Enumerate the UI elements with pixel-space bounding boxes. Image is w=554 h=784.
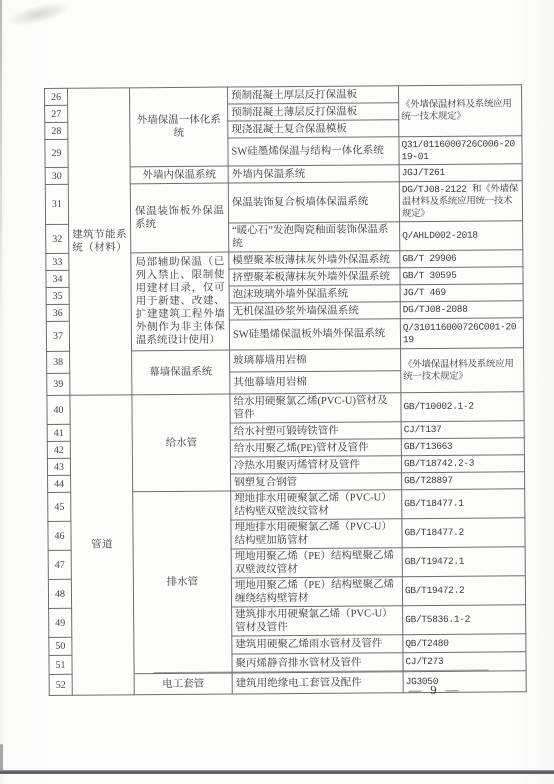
item-cell: 埋地排水用硬聚氯乙烯（PVC-U）结构壁双壁波纹管材	[231, 490, 402, 520]
standard-cell: GB/T18477.1	[402, 489, 525, 519]
row-number-cell: 48	[48, 579, 71, 608]
row-number-cell: 33	[46, 253, 69, 270]
standard-cell: CJ/T137	[401, 421, 524, 439]
subcategory-cell: 外墙保温一体化系统	[130, 87, 229, 167]
item-cell: “暖心石”发泡陶瓷釉面装饰保温系统	[229, 222, 400, 252]
item-cell: 建筑用绝缘电工套管及配件	[232, 672, 403, 694]
row-number-cell: 37	[46, 321, 69, 351]
subcategory-cell: 外墙内保温系统	[130, 166, 228, 184]
item-cell: 模塑聚苯板薄抹灰外墙外保温系统	[229, 251, 400, 269]
category-cell: 建筑节能系统（材料）	[68, 88, 132, 395]
scan-bottom-edge-line	[0, 770, 554, 774]
subcategory-cell: 排水管	[133, 491, 232, 674]
row-number-cell: 39	[47, 373, 70, 395]
item-cell: 建筑用硬聚乙烯雨水管材及管件	[232, 635, 403, 654]
subcategory-cell: 电工套管	[134, 673, 232, 695]
standard-cell: JGJ/T261	[399, 164, 522, 182]
item-cell: 埋地排水用硬聚氯乙烯（PVC-U）结构壁加筋管材	[231, 519, 402, 549]
scan-left-edge-shadow	[0, 0, 2, 330]
item-cell: SW硅墨烯保温板外墙外保温系统	[229, 319, 400, 350]
item-cell: 现浇混凝土复合保温模板	[228, 120, 399, 138]
standard-cell: GB/T 30595	[400, 267, 523, 285]
item-cell: 建筑排水用硬聚氯乙烯（PVC-U）管材及管件	[232, 606, 403, 636]
row-number-cell: 43	[47, 458, 70, 475]
standard-cell: GB/T18477.2	[402, 518, 525, 548]
row-number-cell: 45	[48, 492, 71, 521]
standard-cell: GB/T28897	[402, 472, 525, 490]
scanned-page: 26 建筑节能系统（材料） 外墙保温一体化系统 预制混凝土厚层反打保温板 《外墙…	[0, 0, 554, 784]
standard-cell: GB/T 29906	[400, 250, 523, 268]
scan-edge-mark	[0, 744, 3, 772]
row-number-cell: 46	[48, 521, 71, 550]
row-number-cell: 52	[49, 674, 72, 695]
item-cell: 冷热水用聚丙烯管材及管件	[230, 456, 401, 474]
row-number-cell: 41	[47, 424, 70, 441]
standard-cell: DG/TJ08-2122 和《外墙保温材料及系统应用统一技术规定》	[399, 181, 522, 222]
standard-cell: Q31/0116000726C006-2019-01	[399, 136, 522, 165]
row-number-cell: 36	[46, 304, 69, 321]
category-cell: 管道	[70, 395, 134, 695]
standard-cell: CJ/T273	[403, 652, 526, 672]
standard-cell: GB/T18742.2-3	[401, 455, 524, 473]
standard-cell: 《外墙保温材料及系统应用统一技术规定》	[401, 348, 524, 393]
table-row: 40 管道 给水管 给水用硬聚氯乙烯(PVC-U)管材及管件 GB/T10002…	[47, 392, 524, 425]
item-cell: 预制混凝土薄层反打保温板	[228, 103, 399, 121]
standard-cell: Q/AHLD002-2018	[400, 221, 523, 251]
row-number-cell: 26	[45, 88, 68, 105]
table-row: 26 建筑节能系统（材料） 外墙保温一体化系统 预制混凝土厚层反打保温板 《外墙…	[45, 85, 522, 106]
document-content: 26 建筑节能系统（材料） 外墙保温一体化系统 预制混凝土厚层反打保温板 《外墙…	[44, 84, 529, 696]
row-number-cell: 32	[46, 224, 69, 253]
item-cell: 外墙内保温系统	[228, 165, 399, 183]
standard-cell: JG/T 469	[400, 284, 523, 302]
subcategory-cell: 给水管	[132, 394, 231, 492]
standard-cell: GB/T13663	[401, 438, 524, 456]
row-number-cell: 47	[48, 550, 71, 579]
subcategory-cell: 幕墙保温系统	[132, 350, 230, 395]
row-number-cell: 31	[45, 184, 68, 224]
scan-smudge-artifact	[5, 0, 73, 31]
row-number-cell: 38	[47, 351, 70, 373]
subcategory-cell: 局部辅助保温（已列入禁止、限制使用建材目录，仅可用于新建、改建、扩建建筑工程外墙…	[131, 252, 230, 351]
row-number-cell: 34	[46, 270, 69, 287]
row-number-cell: 50	[49, 637, 72, 655]
item-cell: 钢塑复合钢管	[231, 473, 402, 491]
item-cell: 埋地用聚乙烯（PE）结构壁聚乙烯双壁波纹管材	[231, 548, 402, 578]
row-number-cell: 40	[47, 395, 70, 424]
item-cell: 无机保温砂浆外墙保温系统	[229, 302, 400, 320]
standard-cell: Q/310116000726C001-2019	[400, 318, 523, 349]
row-number-cell: 35	[46, 287, 69, 304]
row-number-cell: 28	[45, 122, 68, 139]
item-cell: 玻璃幕墙用岩棉	[230, 349, 401, 372]
standard-cell: 《外墙保温材料及系统应用统一技术规定》	[398, 85, 521, 137]
standard-cell: GB/T19472.2	[402, 576, 525, 606]
row-number-cell: 51	[49, 655, 72, 674]
standard-cell: GB/T10002.1-2	[401, 392, 524, 422]
item-cell: 给水用硬聚氯乙烯(PVC-U)管材及管件	[230, 393, 401, 423]
item-cell: 给水衬塑可锻铸铁管件	[230, 422, 401, 440]
row-number-cell: 44	[48, 475, 71, 492]
standard-cell: GB/T5836.1-2	[403, 605, 526, 635]
row-number-cell: 42	[47, 441, 70, 458]
item-cell: 其他幕墙用岩棉	[230, 371, 401, 394]
row-number-cell: 27	[45, 105, 68, 122]
page-number: — 9 —	[409, 683, 462, 698]
item-cell: 埋地用聚乙烯（PE）结构壁聚乙烯缠绕结构壁管材	[231, 577, 402, 607]
row-number-cell: 30	[45, 167, 68, 184]
item-cell: SW硅墨烯保温与结构一体化系统	[228, 137, 399, 166]
standard-cell: DG/TJ08-2088	[400, 301, 523, 319]
item-cell: 泡沫玻璃外墙外保温系统	[229, 285, 400, 303]
item-cell: 预制混凝土厚层反打保温板	[227, 86, 398, 104]
subcategory-cell: 保温装饰板外保温系统	[130, 183, 229, 253]
standard-cell: GB/T19472.1	[402, 547, 525, 577]
standard-cell: QB/T2480	[403, 634, 526, 653]
materials-standards-table: 26 建筑节能系统（材料） 外墙保温一体化系统 预制混凝土厚层反打保温板 《外墙…	[44, 84, 527, 696]
item-cell: 给水用聚乙烯(PE)管材及管件	[230, 439, 401, 457]
item-cell: 保温装饰复合板墙体保温系统	[228, 182, 399, 223]
row-number-cell: 49	[49, 608, 72, 637]
row-number-cell: 29	[45, 139, 68, 167]
item-cell: 挤塑聚苯板薄抹灰外墙外保温系统	[229, 268, 400, 286]
